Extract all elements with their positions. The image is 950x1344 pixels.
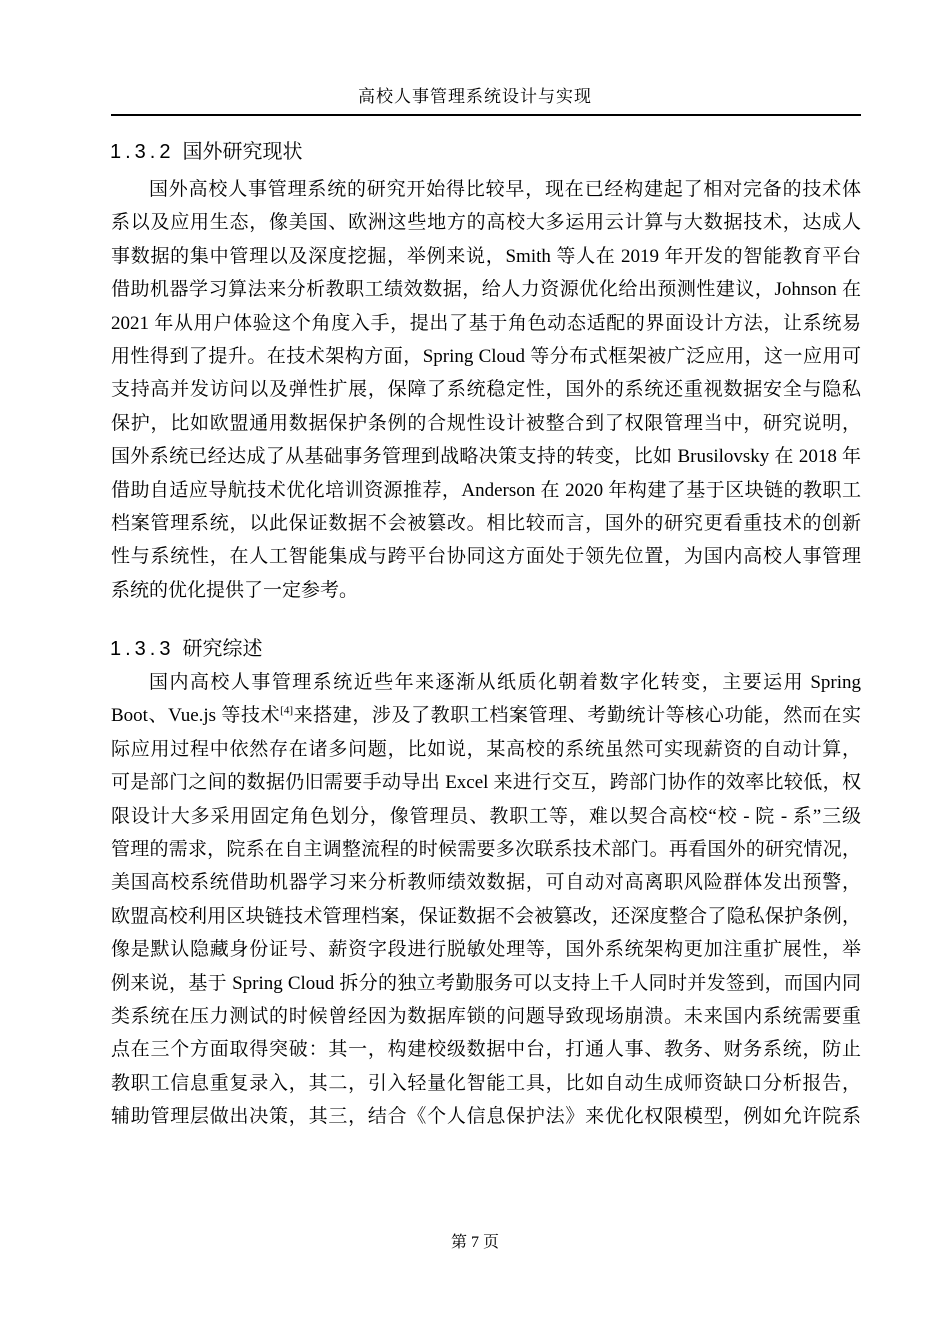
text-line: 2021 年从用户体验这个角度入手，提出了基于角色动态适配的界面设计方法，让系统… <box>111 307 861 340</box>
text-line: 例来说，基于 Spring Cloud 拆分的独立考勤服务可以支持上千人同时并发… <box>111 967 861 1000</box>
text-line: 事数据的集中管理以及深度挖掘，举例来说，Smith 等人在 2019 年开发的智… <box>111 240 861 273</box>
header-divider <box>111 114 861 116</box>
text-line: 欧盟高校利用区块链技术管理档案，保证数据不会被篡改，还深度整合了隐私保护条例， <box>111 900 861 933</box>
section-title: 研究综述 <box>182 638 262 660</box>
text-line: 可是部门之间的数据仍旧需要手动导出 Excel 来进行交互，跨部门协作的效率比较… <box>111 766 861 799</box>
text-line: 借助机器学习算法来分析教职工绩效数据，给人力资源优化给出预测性建议，Johnso… <box>111 273 861 306</box>
text-line: 保护，比如欧盟通用数据保护条例的合规性设计被整合到了权限管理当中，研究说明， <box>111 407 861 440</box>
text-line: 国内高校人事管理系统近些年来逐渐从纸质化朝着数字化转变，主要运用 Spring <box>111 666 861 699</box>
citation-ref: [4] <box>280 705 293 717</box>
section-title: 国外研究现状 <box>182 141 302 163</box>
text-line: 用性得到了提升。在技术架构方面，Spring Cloud 等分布式框架被广泛应用… <box>111 340 861 373</box>
text-line: 管理的需求，院系在自主调整流程的时候需要多次联系技术部门。再看国外的研究情况， <box>111 833 861 866</box>
page-number: 第 7 页 <box>0 1233 950 1253</box>
text-line: 性与系统性，在人工智能集成与跨平台协同这方面处于领先位置，为国内高校人事管理 <box>111 540 861 573</box>
section-heading-1-3-2: 1.3.2国外研究现状 <box>110 139 302 165</box>
text-line: 档案管理系统，以此保证数据不会被篡改。相比较而言，国外的研究更看重技术的创新 <box>111 507 861 540</box>
text-line: 际应用过程中依然存在诸多问题，比如说，某高校的系统虽然可实现薪资的自动计算， <box>111 733 861 766</box>
text-line: 美国高校系统借助机器学习来分析教师绩效数据，可自动对高离职风险群体发出预警， <box>111 866 861 899</box>
text-line: 支持高并发访问以及弹性扩展，保障了系统稳定性，国外的系统还重视数据安全与隐私 <box>111 373 861 406</box>
text-line: 点在三个方面取得突破：其一，构建校级数据中台，打通人事、教务、财务系统，防止 <box>111 1033 861 1066</box>
text-line: 类系统在压力测试的时候曾经因为数据库锁的问题导致现场崩溃。未来国内系统需要重 <box>111 1000 861 1033</box>
text-line: 国外高校人事管理系统的研究开始得比较早，现在已经构建起了相对完备的技术体 <box>111 173 861 206</box>
text-line: 教职工信息重复录入，其二，引入轻量化智能工具，比如自动生成师资缺口分析报告， <box>111 1067 861 1100</box>
text-line: 国外系统已经达成了从基础事务管理到战略决策支持的转变，比如 Brusilovsk… <box>111 440 861 473</box>
text-line: 辅助管理层做出决策，其三，结合《个人信息保护法》来优化权限模型，例如允许院系 <box>111 1100 861 1133</box>
text-line: 系以及应用生态，像美国、欧洲这些地方的高校大多运用云计算与大数据技术，达成人 <box>111 206 861 239</box>
text-line: 像是默认隐藏身份证号、薪资字段进行脱敏处理等，国外系统架构更加注重扩展性，举 <box>111 933 861 966</box>
text-line: 系统的优化提供了一定参考。 <box>111 574 861 607</box>
text-line: 限设计大多采用固定角色划分，像管理员、教职工等，难以契合高校“校 - 院 - 系… <box>111 800 861 833</box>
section-number: 1.3.2 <box>110 141 174 163</box>
page-header-title: 高校人事管理系统设计与实现 <box>0 86 950 108</box>
paragraph-foreign-research-status: 国外高校人事管理系统的研究开始得比较早，现在已经构建起了相对完备的技术体系以及应… <box>111 173 861 607</box>
text-line: Boot、Vue.js 等技术[4]来搭建，涉及了教职工档案管理、考勤统计等核心… <box>111 699 861 732</box>
section-heading-1-3-3: 1.3.3研究综述 <box>110 636 262 662</box>
section-number: 1.3.3 <box>110 638 174 660</box>
text-line: 借助自适应导航技术优化培训资源推荐，Anderson 在 2020 年构建了基于… <box>111 474 861 507</box>
paragraph-research-summary: 国内高校人事管理系统近些年来逐渐从纸质化朝着数字化转变，主要运用 SpringB… <box>111 666 861 1133</box>
